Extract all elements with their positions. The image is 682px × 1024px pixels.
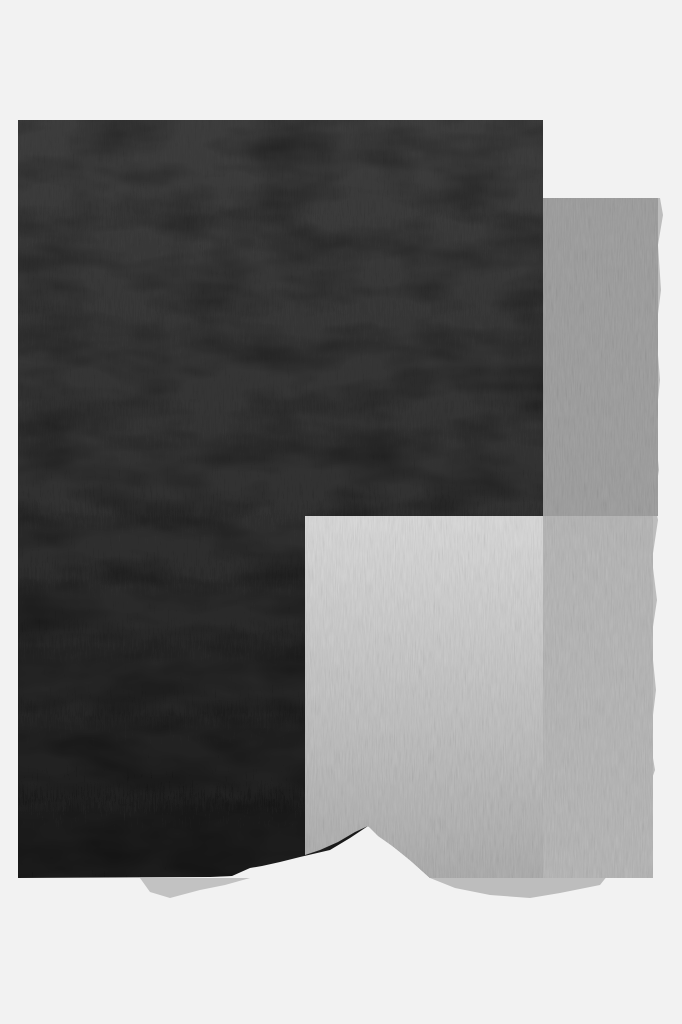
- torn-gray-bottom-left: [140, 878, 250, 898]
- light-panel: [305, 516, 543, 878]
- light-gray-right-panel: [543, 516, 653, 878]
- abstract-rug-artwork: [0, 0, 682, 1024]
- artwork-canvas: [0, 0, 682, 1024]
- mid-gray-panel: [543, 198, 658, 516]
